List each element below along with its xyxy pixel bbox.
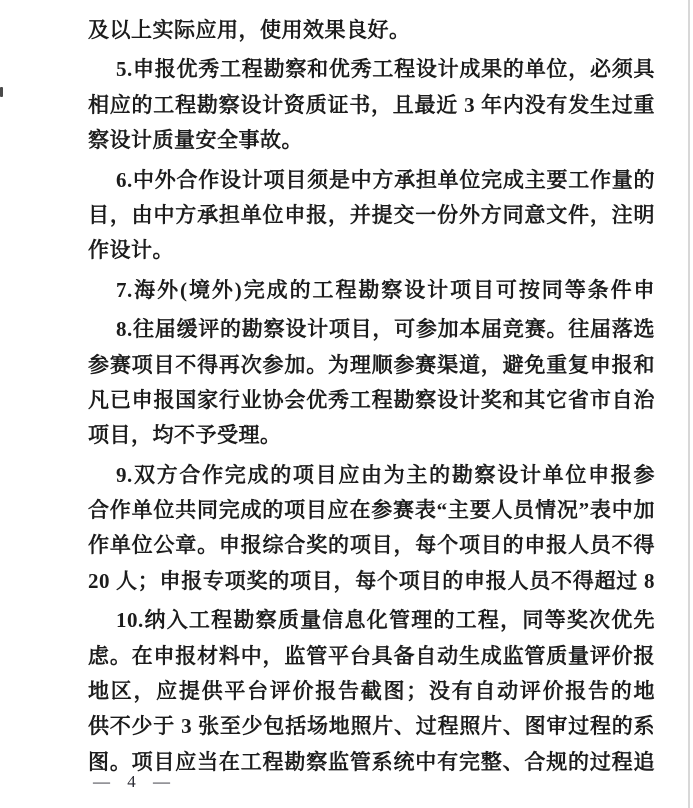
- text-line: 7.海外(境外)完成的工程勘察设计项目可按同等条件申报。: [88, 273, 655, 308]
- text-line: 察设计质量安全事故。: [88, 123, 655, 158]
- text-line: 虑。在申报材料中，监管平台具备自动生成监管质量评价报告的: [88, 639, 655, 674]
- para-item-7: 7.海外(境外)完成的工程勘察设计项目可按同等条件申报。: [88, 273, 655, 308]
- text-line: 10.纳入工程勘察质量信息化管理的工程，同等奖次优先考: [88, 603, 655, 638]
- text-line: 6.中外合作设计项目须是中方承担单位完成主要工作量的项: [88, 163, 655, 198]
- text-line: 合作单位共同完成的项目应在参赛表“主要人员情况”表中加盖合: [88, 493, 655, 528]
- para-item-8: 8.往届缓评的勘察设计项目，可参加本届竞赛。往届落选的参赛项目不得再次参加。为理…: [88, 312, 655, 454]
- page-footer: — 4 —: [93, 772, 171, 792]
- document-body: 及以上实际应用，使用效果良好。5.申报优秀工程勘察和优秀工程设计成果的单位，必须…: [88, 13, 655, 780]
- text-line: 5.申报优秀工程勘察和优秀工程设计成果的单位，必须具有: [88, 52, 655, 87]
- para-item-10: 10.纳入工程勘察质量信息化管理的工程，同等奖次优先考虑。在申报材料中，监管平台…: [88, 603, 655, 780]
- text-line: 相应的工程勘察设计资质证书，且最近 3 年内没有发生过重大勘: [88, 88, 655, 123]
- text-line: 供不少于 3 张至少包括场地照片、过程照片、图审过程的系统截: [88, 709, 655, 744]
- scan-artifact-speck: [0, 87, 3, 97]
- para-continuation: 及以上实际应用，使用效果良好。: [88, 13, 655, 48]
- text-line: 项目，均不予受理。: [88, 418, 655, 453]
- para-item-5: 5.申报优秀工程勘察和优秀工程设计成果的单位，必须具有相应的工程勘察设计资质证书…: [88, 52, 655, 158]
- text-line: 及以上实际应用，使用效果良好。: [88, 13, 655, 48]
- text-line: 地区，应提供平台评价报告截图；没有自动评价报告的地区，应提: [88, 674, 655, 709]
- text-line: 20 人；申报专项奖的项目，每个项目的申报人员不得超过 8 人。: [88, 564, 655, 599]
- scanned-document-page: 及以上实际应用，使用效果良好。5.申报优秀工程勘察和优秀工程设计成果的单位，必须…: [0, 0, 693, 808]
- para-item-9: 9.双方合作完成的项目应由为主的勘察设计单位申报参赛；合作单位共同完成的项目应在…: [88, 458, 655, 600]
- text-line: 凡已申报国家行业协会优秀工程勘察设计奖和其它省市自治区的: [88, 383, 655, 418]
- para-item-6: 6.中外合作设计项目须是中方承担单位完成主要工作量的项目，由中方承担单位申报，并…: [88, 163, 655, 269]
- scan-edge-line: [688, 0, 690, 808]
- text-line: 8.往届缓评的勘察设计项目，可参加本届竞赛。往届落选的: [88, 312, 655, 347]
- text-line: 参赛项目不得再次参加。为理顺参赛渠道，避免重复申报和漏评，: [88, 348, 655, 383]
- text-line: 作单位公章。申报综合奖的项目，每个项目的申报人员不得超过: [88, 528, 655, 563]
- text-line: 9.双方合作完成的项目应由为主的勘察设计单位申报参赛；: [88, 458, 655, 493]
- text-line: 目，由中方承担单位申报，并提交一份外方同意文件，注明中外合: [88, 198, 655, 233]
- text-line: 作设计。: [88, 233, 655, 268]
- text-line: 图。项目应当在工程勘察监管系统中有完整、合规的过程追溯: [88, 745, 655, 780]
